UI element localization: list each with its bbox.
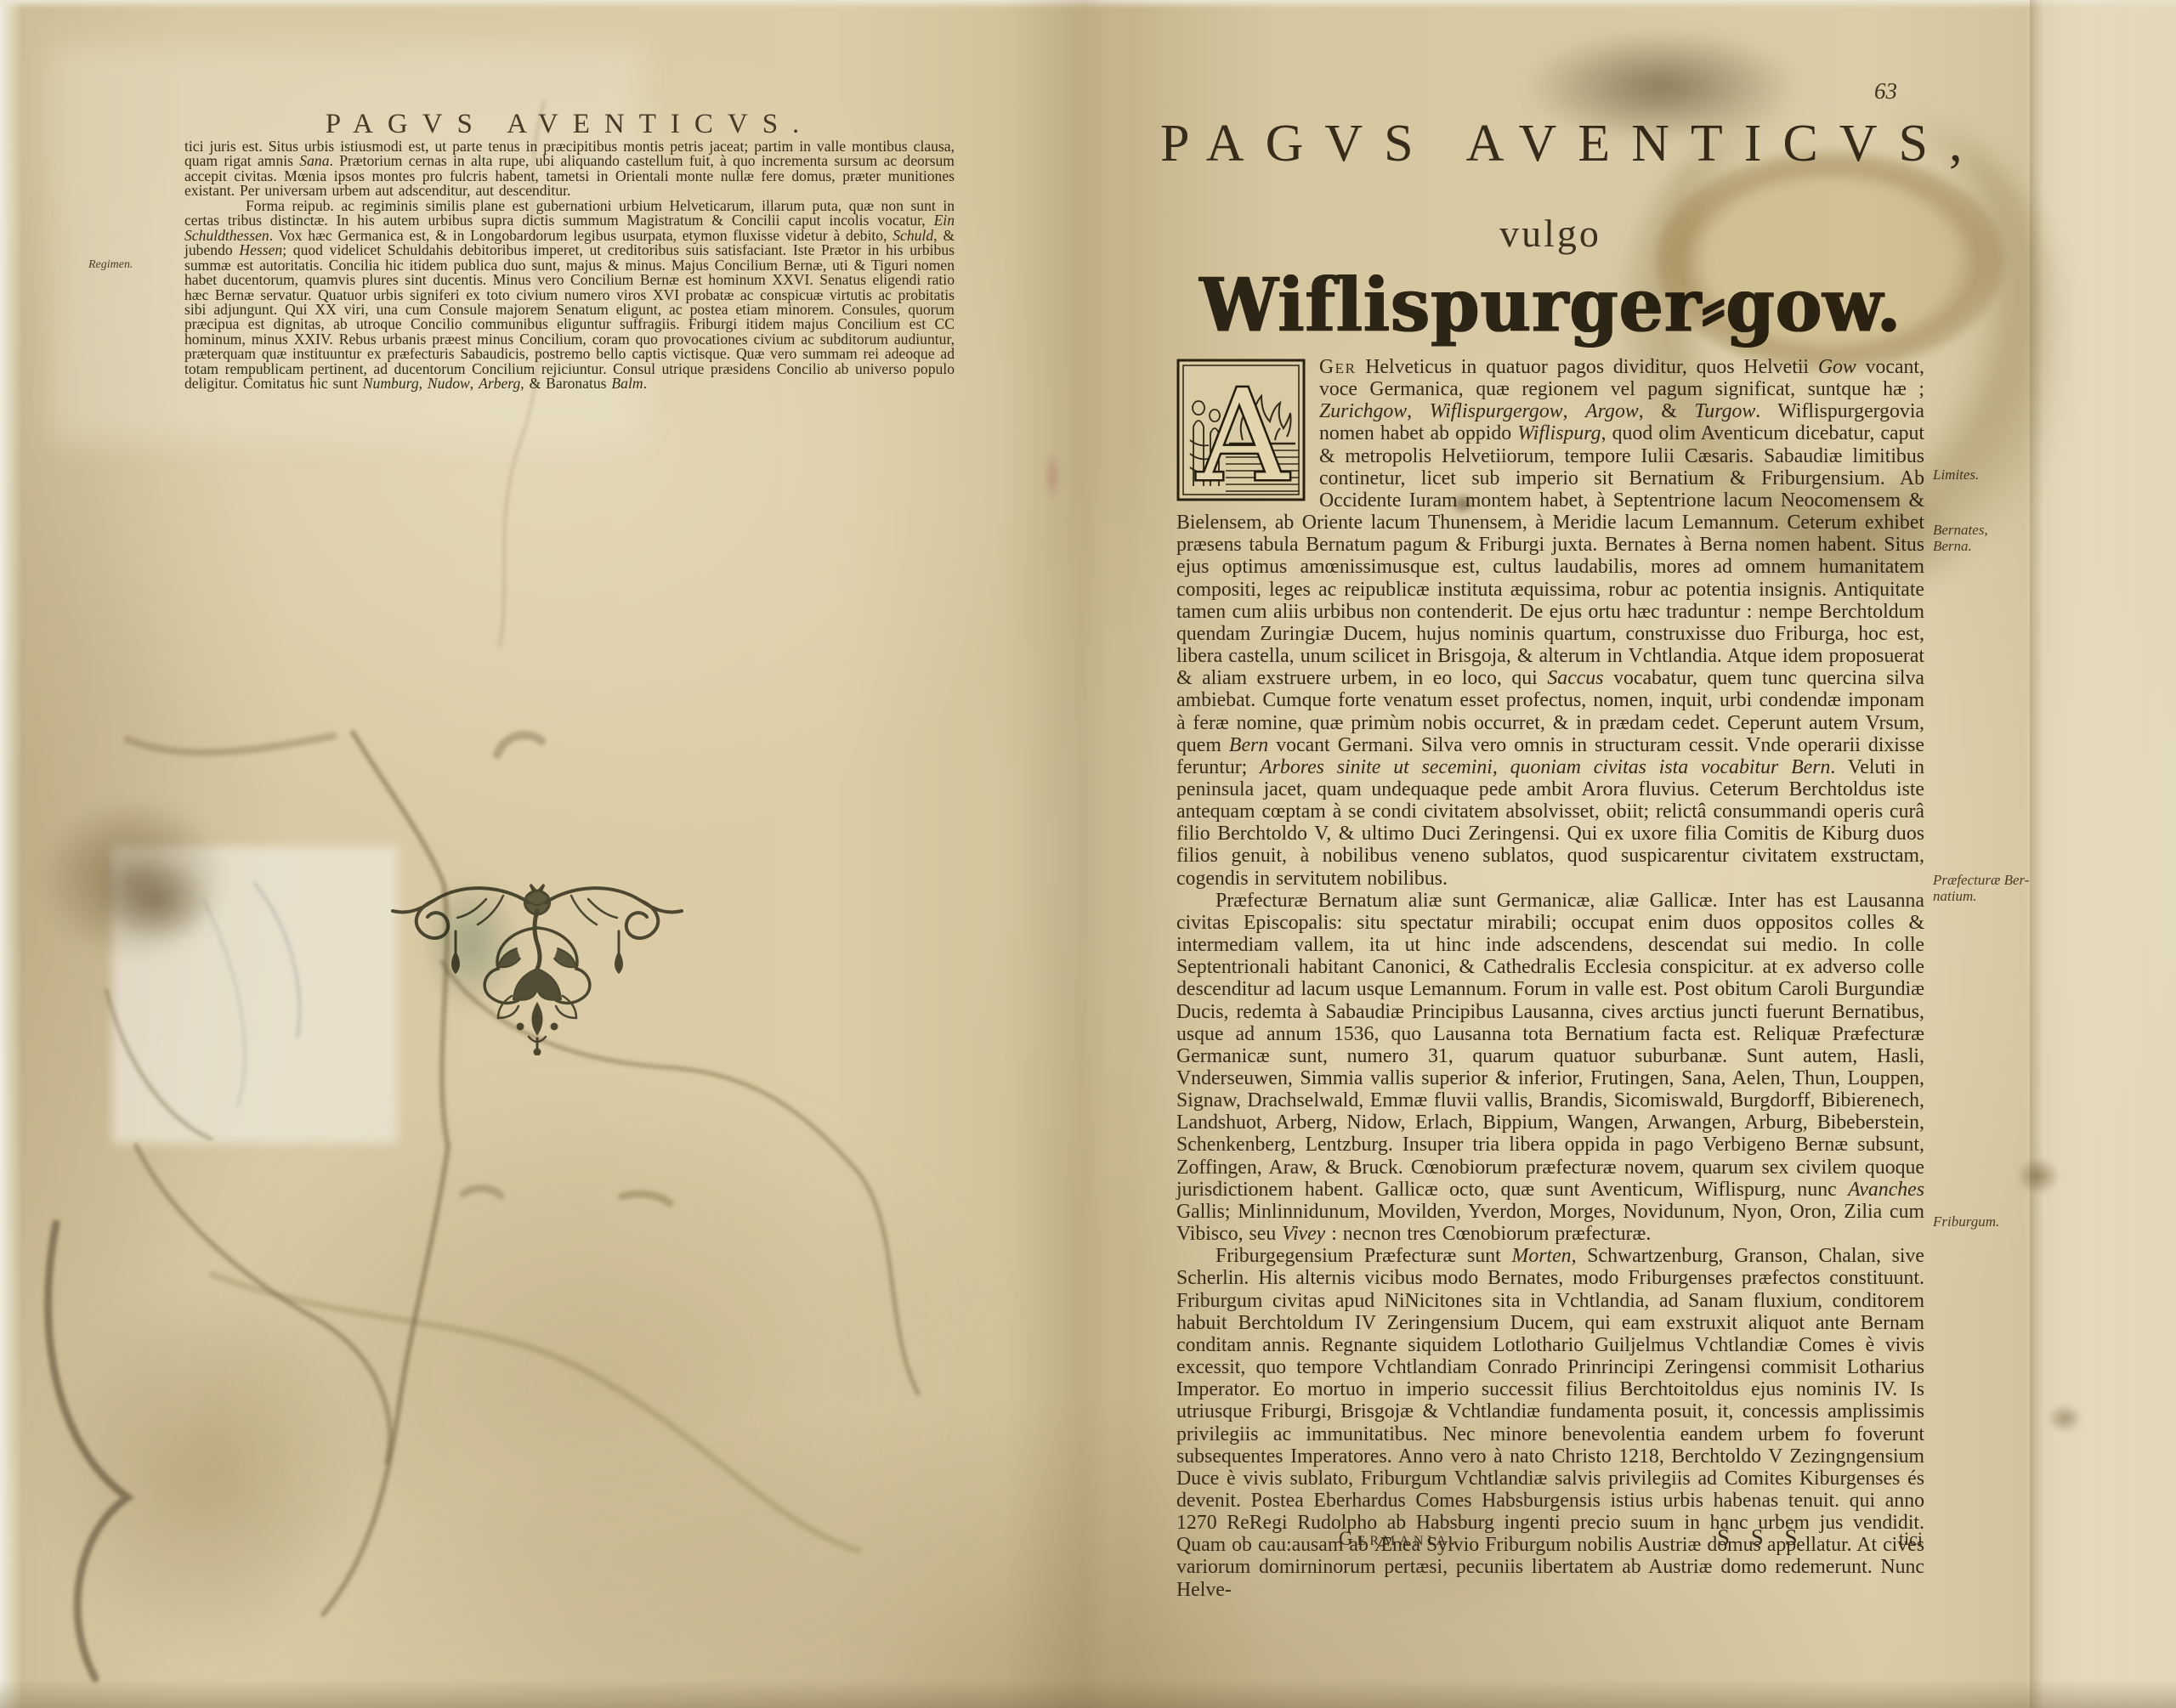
right-page-subtitle: vulgo	[1176, 211, 1924, 256]
left-running-title: PAGVS AVENTICVS.	[184, 109, 955, 140]
text-segment: Balm	[611, 375, 643, 392]
text-segment: Wiflispurg	[1517, 422, 1601, 444]
paper-repair-patch	[112, 846, 398, 1144]
text-segment: Bern	[1229, 734, 1268, 756]
text-segment: ; quod videlicet Schuldahis debitoribus …	[184, 241, 955, 392]
sheet-left-edge	[0, 0, 22, 1708]
text-segment: , &	[1639, 400, 1695, 422]
text-segment: Nudow	[428, 375, 470, 392]
right-page-title: PAGVS AVENTICVS,	[1139, 114, 1929, 174]
text-segment: Præfecturæ Bernatum aliæ sunt Germanicæ,…	[1176, 890, 1924, 1201]
text-segment: ,	[1563, 400, 1586, 422]
left-paragraph-1: tici juris est. Situs urbis istiusmodi e…	[184, 139, 955, 199]
drop-cap-woodcut-initial: A	[1176, 359, 1306, 501]
text-segment: Friburgegensium Præfecturæ sunt	[1215, 1245, 1512, 1267]
text-segment: Numburg	[363, 375, 419, 392]
footer-signature-germania: Germania.	[1339, 1528, 1459, 1550]
text-segment: Turgow	[1694, 400, 1755, 422]
right-page-vernacular-title: Wiflispurger⸗gow.	[1176, 263, 1924, 349]
right-paragraph-3: Friburgegensium Præfecturæ sunt Morten, …	[1176, 1245, 1924, 1601]
sheet-bottom-edge	[0, 1679, 2176, 1708]
page-number: 63	[1874, 78, 1897, 105]
text-segment: Zurichgow	[1319, 400, 1407, 422]
text-segment: Ger	[1319, 356, 1356, 378]
right-paragraph-1: A Ger Helveticus in quatuor pagos dividi…	[1176, 356, 1924, 890]
stain-bottom-wash	[204, 1088, 1003, 1666]
margin-note-bernates: Bernates, Berna.	[1933, 522, 2077, 554]
stain-bottom-left-wash	[51, 1292, 357, 1657]
text-segment: ,	[470, 375, 479, 392]
text-segment: Argow	[1585, 400, 1639, 422]
text-segment: ,	[419, 375, 428, 392]
center-gutter-shadow	[1003, 0, 1181, 1708]
text-segment: Forma reipub. ac regiminis similis plane…	[184, 197, 955, 229]
left-margin-note-regimen: Regimen.	[88, 258, 182, 272]
footer-catchword: tici	[1878, 1528, 1923, 1550]
right-leaf-crease	[2030, 0, 2176, 1708]
text-segment: Arbores sinite ut secemini, quoniam civi…	[1260, 756, 1830, 778]
text-segment: .	[643, 375, 647, 392]
text-segment: Wiflispurgergow	[1430, 400, 1563, 422]
right-paragraph-2: Præfecturæ Bernatum aliæ sunt Germanicæ,…	[1176, 890, 1924, 1246]
text-segment: Gow	[1818, 356, 1856, 378]
drop-cap-letter: A	[1197, 363, 1290, 501]
left-paragraph-2: Forma reipub. ac regiminis similis plane…	[184, 199, 955, 392]
text-segment: , & Baronatus	[520, 375, 611, 392]
book-spread: PAGVS AVENTICVS. Regimen. tici juris est…	[0, 0, 2176, 1708]
text-segment: ,	[1407, 400, 1430, 422]
stain-left-edge-blob	[41, 799, 228, 960]
text-segment: Saccus	[1547, 667, 1603, 689]
text-segment: , Schwartzenburg, Granson, Chalan, sive …	[1176, 1245, 1924, 1600]
text-segment: Arberg	[479, 375, 520, 392]
margin-note-praefecturae: Præfecturæ Ber- natium.	[1933, 872, 2077, 904]
text-segment: Morten	[1512, 1245, 1572, 1267]
right-text-column: A Ger Helveticus in quatuor pagos dividi…	[1176, 356, 1924, 1601]
text-segment: Helveticus in quatuor pagos dividitur, q…	[1356, 356, 1817, 378]
margin-note-friburgum: Friburgum.	[1933, 1213, 2077, 1230]
text-segment: Vivey	[1282, 1223, 1325, 1245]
stain-left-edge-blob-2	[102, 858, 212, 943]
margin-note-limites: Limites.	[1933, 467, 2077, 483]
footer-gathering-mark: S S S	[1717, 1524, 1805, 1551]
tailpiece-ornament-woodcut	[384, 877, 690, 1055]
left-text-column: tici juris est. Situs urbis istiusmodi e…	[184, 139, 955, 392]
text-segment: : necnon tres Cœnobiorum præfecturæ.	[1325, 1223, 1651, 1245]
text-segment: Avanches	[1848, 1179, 1924, 1201]
